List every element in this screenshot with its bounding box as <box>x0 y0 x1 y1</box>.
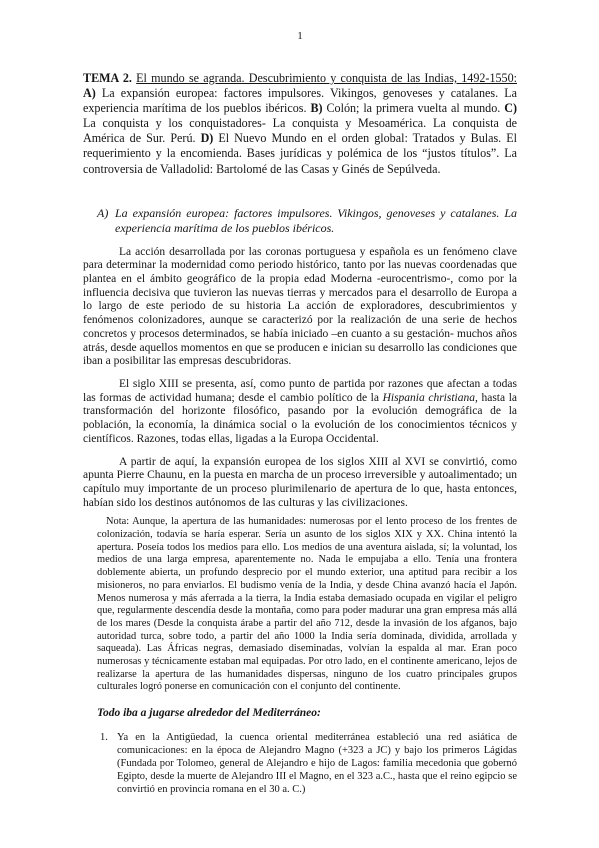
paragraph-3: A partir de aquí, la expansión europea d… <box>83 456 517 511</box>
paragraph-1: La acción desarrollada por las coronas p… <box>83 246 517 369</box>
point-b-label: B) <box>310 101 322 115</box>
paragraph-2-latin-phrase: Hispania christiana <box>383 392 475 404</box>
section-a-title: La expansión europea: factores impulsore… <box>115 206 517 235</box>
list-item-1-number: 1. <box>100 731 117 744</box>
point-d-label: D) <box>201 131 214 145</box>
topic-title: El mundo se agranda. Descubrimiento y co… <box>136 71 517 85</box>
point-a-label: A) <box>83 86 96 100</box>
paragraph-2: El siglo XIII se presenta, así, como pun… <box>83 378 517 447</box>
section-a-heading: A)La expansión europea: factores impulso… <box>83 206 517 236</box>
list-item-1-text: Ya en la Antigüedad, la cuenca oriental … <box>117 732 517 796</box>
document-page: 1 TEMA 2. El mundo se agranda. Descubrim… <box>0 0 599 848</box>
nota-paragraph: Nota: Aunque, la apertura de las humanid… <box>97 516 517 694</box>
point-c-label: C) <box>504 101 517 115</box>
point-b-text: Colón; la primera vuelta al mundo. <box>326 101 500 115</box>
list-item-1: 1.Ya en la Antigüedad, la cuenca orienta… <box>83 731 517 797</box>
text-column: 1 TEMA 2. El mundo se agranda. Descubrim… <box>0 0 599 797</box>
page-number: 1 <box>83 30 517 43</box>
topic-header: TEMA 2. El mundo se agranda. Descubrimie… <box>83 71 517 177</box>
section-a-marker: A) <box>97 206 115 221</box>
tema-label: TEMA 2. <box>83 71 132 85</box>
mediterraneo-heading: Todo iba a jugarse alrededor del Mediter… <box>97 706 517 720</box>
numbered-list: 1.Ya en la Antigüedad, la cuenca orienta… <box>83 731 517 797</box>
